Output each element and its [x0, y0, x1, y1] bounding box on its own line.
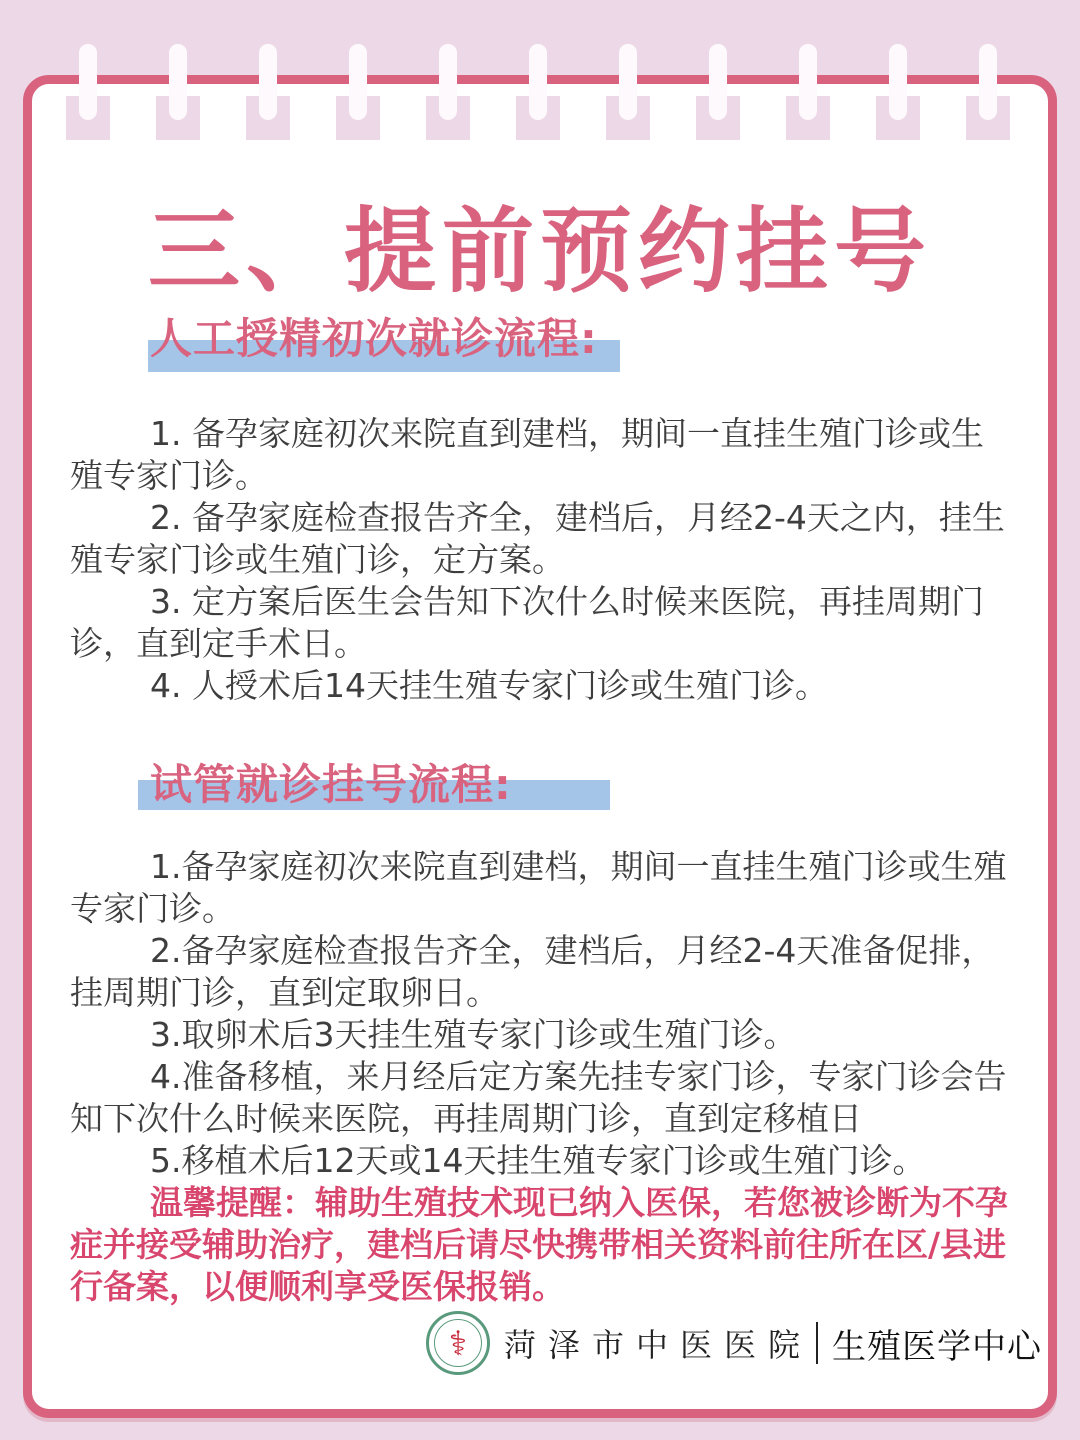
hospital-emblem-icon: ⚕ [426, 1311, 490, 1375]
section-heading-ivf: 试管就诊挂号流程: [150, 752, 512, 812]
iui-steps-list: 1. 备孕家庭初次来院直到建档，期间一直挂生殖门诊或生殖专家门诊。 2. 备孕家… [70, 413, 1014, 707]
list-item: 2.备孕家庭检查报告齐全，建档后，月经2-4天准备促排，挂周期门诊，直到定取卵日… [70, 930, 1014, 1014]
ivf-steps-list: 1.备孕家庭初次来院直到建档，期间一直挂生殖门诊或生殖专家门诊。 2.备孕家庭检… [70, 846, 1014, 1308]
insurance-tip: 温馨提醒：辅助生殖技术现已纳入医保，若您被诊断为不孕症并接受辅助治疗，建档后请尽… [70, 1182, 1014, 1308]
footer-brand: ⚕ 菏泽市中医医院 生殖医学中心 [426, 1308, 1042, 1378]
divider [816, 1322, 818, 1364]
list-item: 1. 备孕家庭初次来院直到建档，期间一直挂生殖门诊或生殖专家门诊。 [70, 413, 1014, 497]
page-title: 三、提前预约挂号 [0, 178, 1080, 310]
section-heading-text: 人工授精初次就诊流程: [150, 314, 598, 363]
list-item: 2. 备孕家庭检查报告齐全，建档后，月经2-4天之内，挂生殖专家门诊或生殖门诊，… [70, 497, 1014, 581]
department-name: 生殖医学中心 [832, 1319, 1042, 1368]
list-item: 4. 人授术后14天挂生殖专家门诊或生殖门诊。 [70, 665, 1014, 707]
list-item: 3.取卵术后3天挂生殖专家门诊或生殖门诊。 [70, 1014, 1014, 1056]
caduceus-icon: ⚕ [429, 1324, 487, 1364]
section-heading-text: 试管就诊挂号流程: [150, 760, 512, 809]
list-item: 5.移植术后12天或14天挂生殖专家门诊或生殖门诊。 [70, 1140, 1014, 1182]
list-item: 1.备孕家庭初次来院直到建档，期间一直挂生殖门诊或生殖专家门诊。 [70, 846, 1014, 930]
list-item: 4.准备移植，来月经后定方案先挂专家门诊，专家门诊会告知下次什么时候来医院，再挂… [70, 1056, 1014, 1140]
section-heading-iui: 人工授精初次就诊流程: [150, 306, 598, 366]
list-item: 3. 定方案后医生会告知下次什么时候来医院，再挂周期门诊，直到定手术日。 [70, 581, 1014, 665]
hospital-name: 菏泽市中医医院 [504, 1320, 812, 1366]
